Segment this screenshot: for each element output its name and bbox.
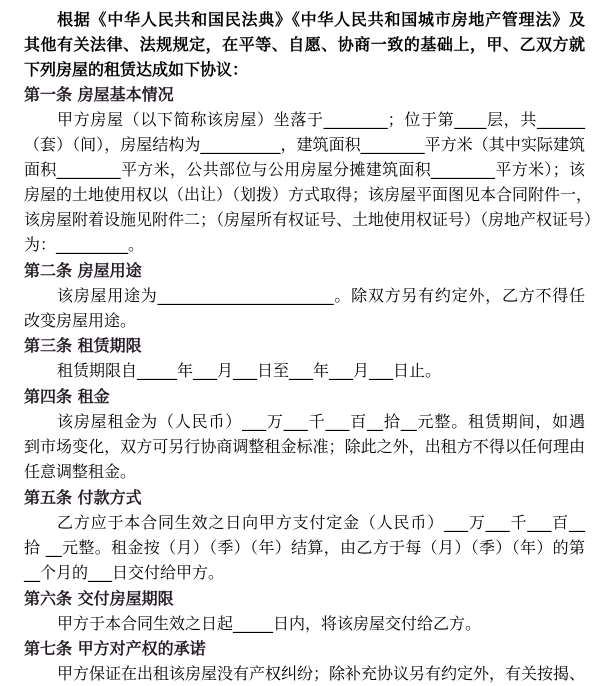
article-3-heading: 第三条 租赁期限 bbox=[24, 333, 585, 358]
article-7-heading: 第七条 甲方对产权的承诺 bbox=[24, 636, 585, 661]
lease-contract-document: 根据《中华人民共和国民法典》《中华人民共和国城市房地产管理法》及 其他有关法律、… bbox=[0, 0, 610, 686]
article-5-heading: 第五条 付款方式 bbox=[24, 485, 585, 510]
article-1-line-2: （套）（间），房屋结构为__________，建筑面积________平方米（其… bbox=[24, 132, 585, 157]
article-4-line-1: 该房屋租金为（人民币）___万___千___百__拾__元整。租赁期间，如遇 bbox=[57, 409, 585, 434]
article-5-line-3: __个月的___日交付给甲方。 bbox=[24, 560, 585, 585]
article-6-line-1: 甲方于本合同生效之日起_____日内，将该房屋交付给乙方。 bbox=[57, 611, 585, 636]
article-7-line-1: 甲方保证在出租该房屋没有产权纠纷；除补充协议另有约定外，有关按揭、 bbox=[57, 661, 585, 686]
article-1-line-3: 面积________平方米，公共部位与公用房屋分摊建筑面积________平方米… bbox=[24, 157, 585, 182]
article-3-line-1: 租赁期限自_____年___月___日至___年___月___日止。 bbox=[57, 358, 585, 383]
preamble-line-1: 根据《中华人民共和国民法典》《中华人民共和国城市房地产管理法》及 bbox=[57, 7, 585, 32]
article-4-heading: 第四条 租金 bbox=[24, 384, 585, 409]
article-2-line-2: 改变房屋用途。 bbox=[24, 308, 585, 333]
article-1-line-6: 为：_________。 bbox=[24, 232, 585, 257]
article-1-line-5: 该房屋附着设施见附件二；（房屋所有权证号、土地使用权证号）（房地产权证号） bbox=[24, 207, 585, 232]
article-4-line-2: 到市场变化，双方可另行协商调整租金标准；除此之外，出租方不得以任何理由 bbox=[24, 434, 585, 459]
article-6-heading: 第六条 交付房屋期限 bbox=[24, 586, 585, 611]
article-2-line-1: 该房屋用途为______________________。除双方另有约定外，乙方… bbox=[57, 283, 585, 308]
preamble-line-3: 下列房屋的租赁达成如下协议： bbox=[24, 57, 585, 82]
article-4-line-3: 任意调整租金。 bbox=[24, 459, 585, 484]
article-1-heading: 第一条 房屋基本情况 bbox=[24, 82, 585, 107]
article-2-heading: 第二条 房屋用途 bbox=[24, 258, 585, 283]
preamble-line-2: 其他有关法律、法规规定，在平等、自愿、协商一致的基础上，甲、乙双方就 bbox=[24, 32, 585, 57]
article-1-line-1: 甲方房屋（以下简称该房屋）坐落于________；位于第____层，共_____… bbox=[57, 107, 585, 132]
article-5-line-1: 乙方应于本合同生效之日向甲方支付定金（人民币）___万___千___百__ bbox=[57, 510, 585, 535]
article-1-line-4: 房屋的土地使用权以（出让）（划拨）方式取得；该房屋平面图见本合同附件一， bbox=[24, 182, 585, 207]
article-5-line-2: 拾 __元整。租金按（月）（季）（年）结算，由乙方于每（月）（季）（年）的第 bbox=[24, 535, 585, 560]
